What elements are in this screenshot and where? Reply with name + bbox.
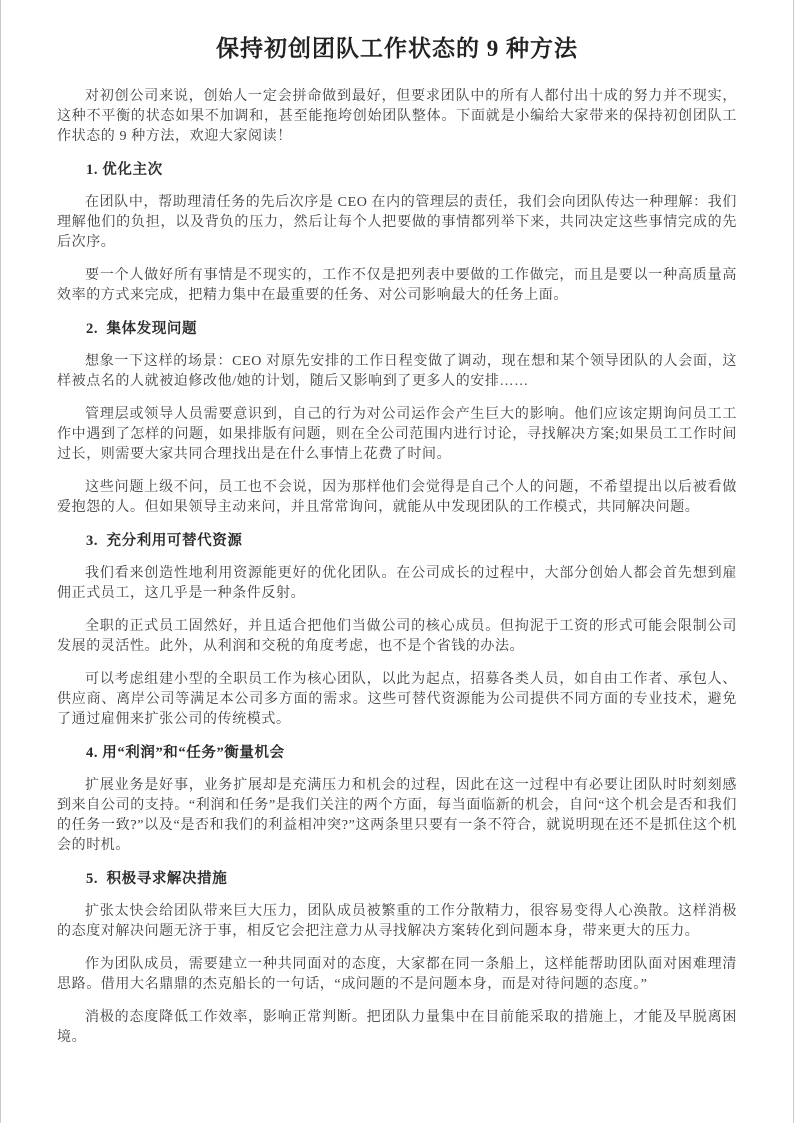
paragraph: 扩张太快会给团队带来巨大压力，团队成员被繁重的工作分散精力，很容易变得人心涣散。… [57, 902, 737, 942]
section-heading-1: 1. 优化主次 [57, 160, 737, 180]
paragraph: 作为团队成员，需要建立一种共同面对的态度，大家都在同一条船上，这样能帮助团队面对… [57, 955, 737, 995]
paragraph: 我们看来创造性地利用资源能更好的优化团队。在公司成长的过程中，大部分创始人都会首… [57, 564, 737, 604]
document-title: 保持初创团队工作状态的 9 种方法 [57, 30, 737, 63]
paragraph: 可以考虑组建小型的全职员工作为核心团队，以此为起点，招募各类人员，如自由工作者、… [57, 670, 737, 730]
paragraph: 想象一下这样的场景：CEO 对原先安排的工作日程变做了调动，现在想和某个领导团队… [57, 352, 737, 392]
section-heading-3: 3. 充分利用可替代资源 [57, 531, 737, 551]
section-heading-2: 2. 集体发现问题 [57, 319, 737, 339]
paragraph: 全职的正式员工固然好，并且适合把他们当做公司的核心成员。但拘泥于工资的形式可能会… [57, 617, 737, 657]
section-heading-4: 4. 用“利润”和“任务”衡量机会 [57, 743, 737, 763]
paragraph: 在团队中，帮助理清任务的先后次序是 CEO 在内的管理层的责任，我们会向团队传达… [57, 193, 737, 253]
document-page: 保持初创团队工作状态的 9 种方法 对初创公司来说，创始人一定会拼命做到最好，但… [0, 0, 794, 1123]
paragraph: 扩展业务是好事，业务扩展却是充满压力和机会的过程，因此在这一过程中有必要让团队时… [57, 776, 737, 856]
paragraph: 管理层或领导人员需要意识到，自己的行为对公司运作会产生巨大的影响。他们应该定期询… [57, 405, 737, 465]
document-content: 保持初创团队工作状态的 9 种方法 对初创公司来说，创始人一定会拼命做到最好，但… [1, 0, 793, 1048]
paragraph: 这些问题上级不问，员工也不会说，因为那样他们会觉得是自己个人的问题，不希望提出以… [57, 478, 737, 518]
paragraph: 要一个人做好所有事情是不现实的，工作不仅是把列表中要做的工作做完，而且是要以一种… [57, 266, 737, 306]
intro-paragraph: 对初创公司来说，创始人一定会拼命做到最好，但要求团队中的所有人都付出十成的努力并… [57, 87, 737, 147]
section-heading-5: 5. 积极寻求解决措施 [57, 869, 737, 889]
paragraph: 消极的态度降低工作效率，影响正常判断。把团队力量集中在目前能采取的措施上，才能及… [57, 1008, 737, 1048]
